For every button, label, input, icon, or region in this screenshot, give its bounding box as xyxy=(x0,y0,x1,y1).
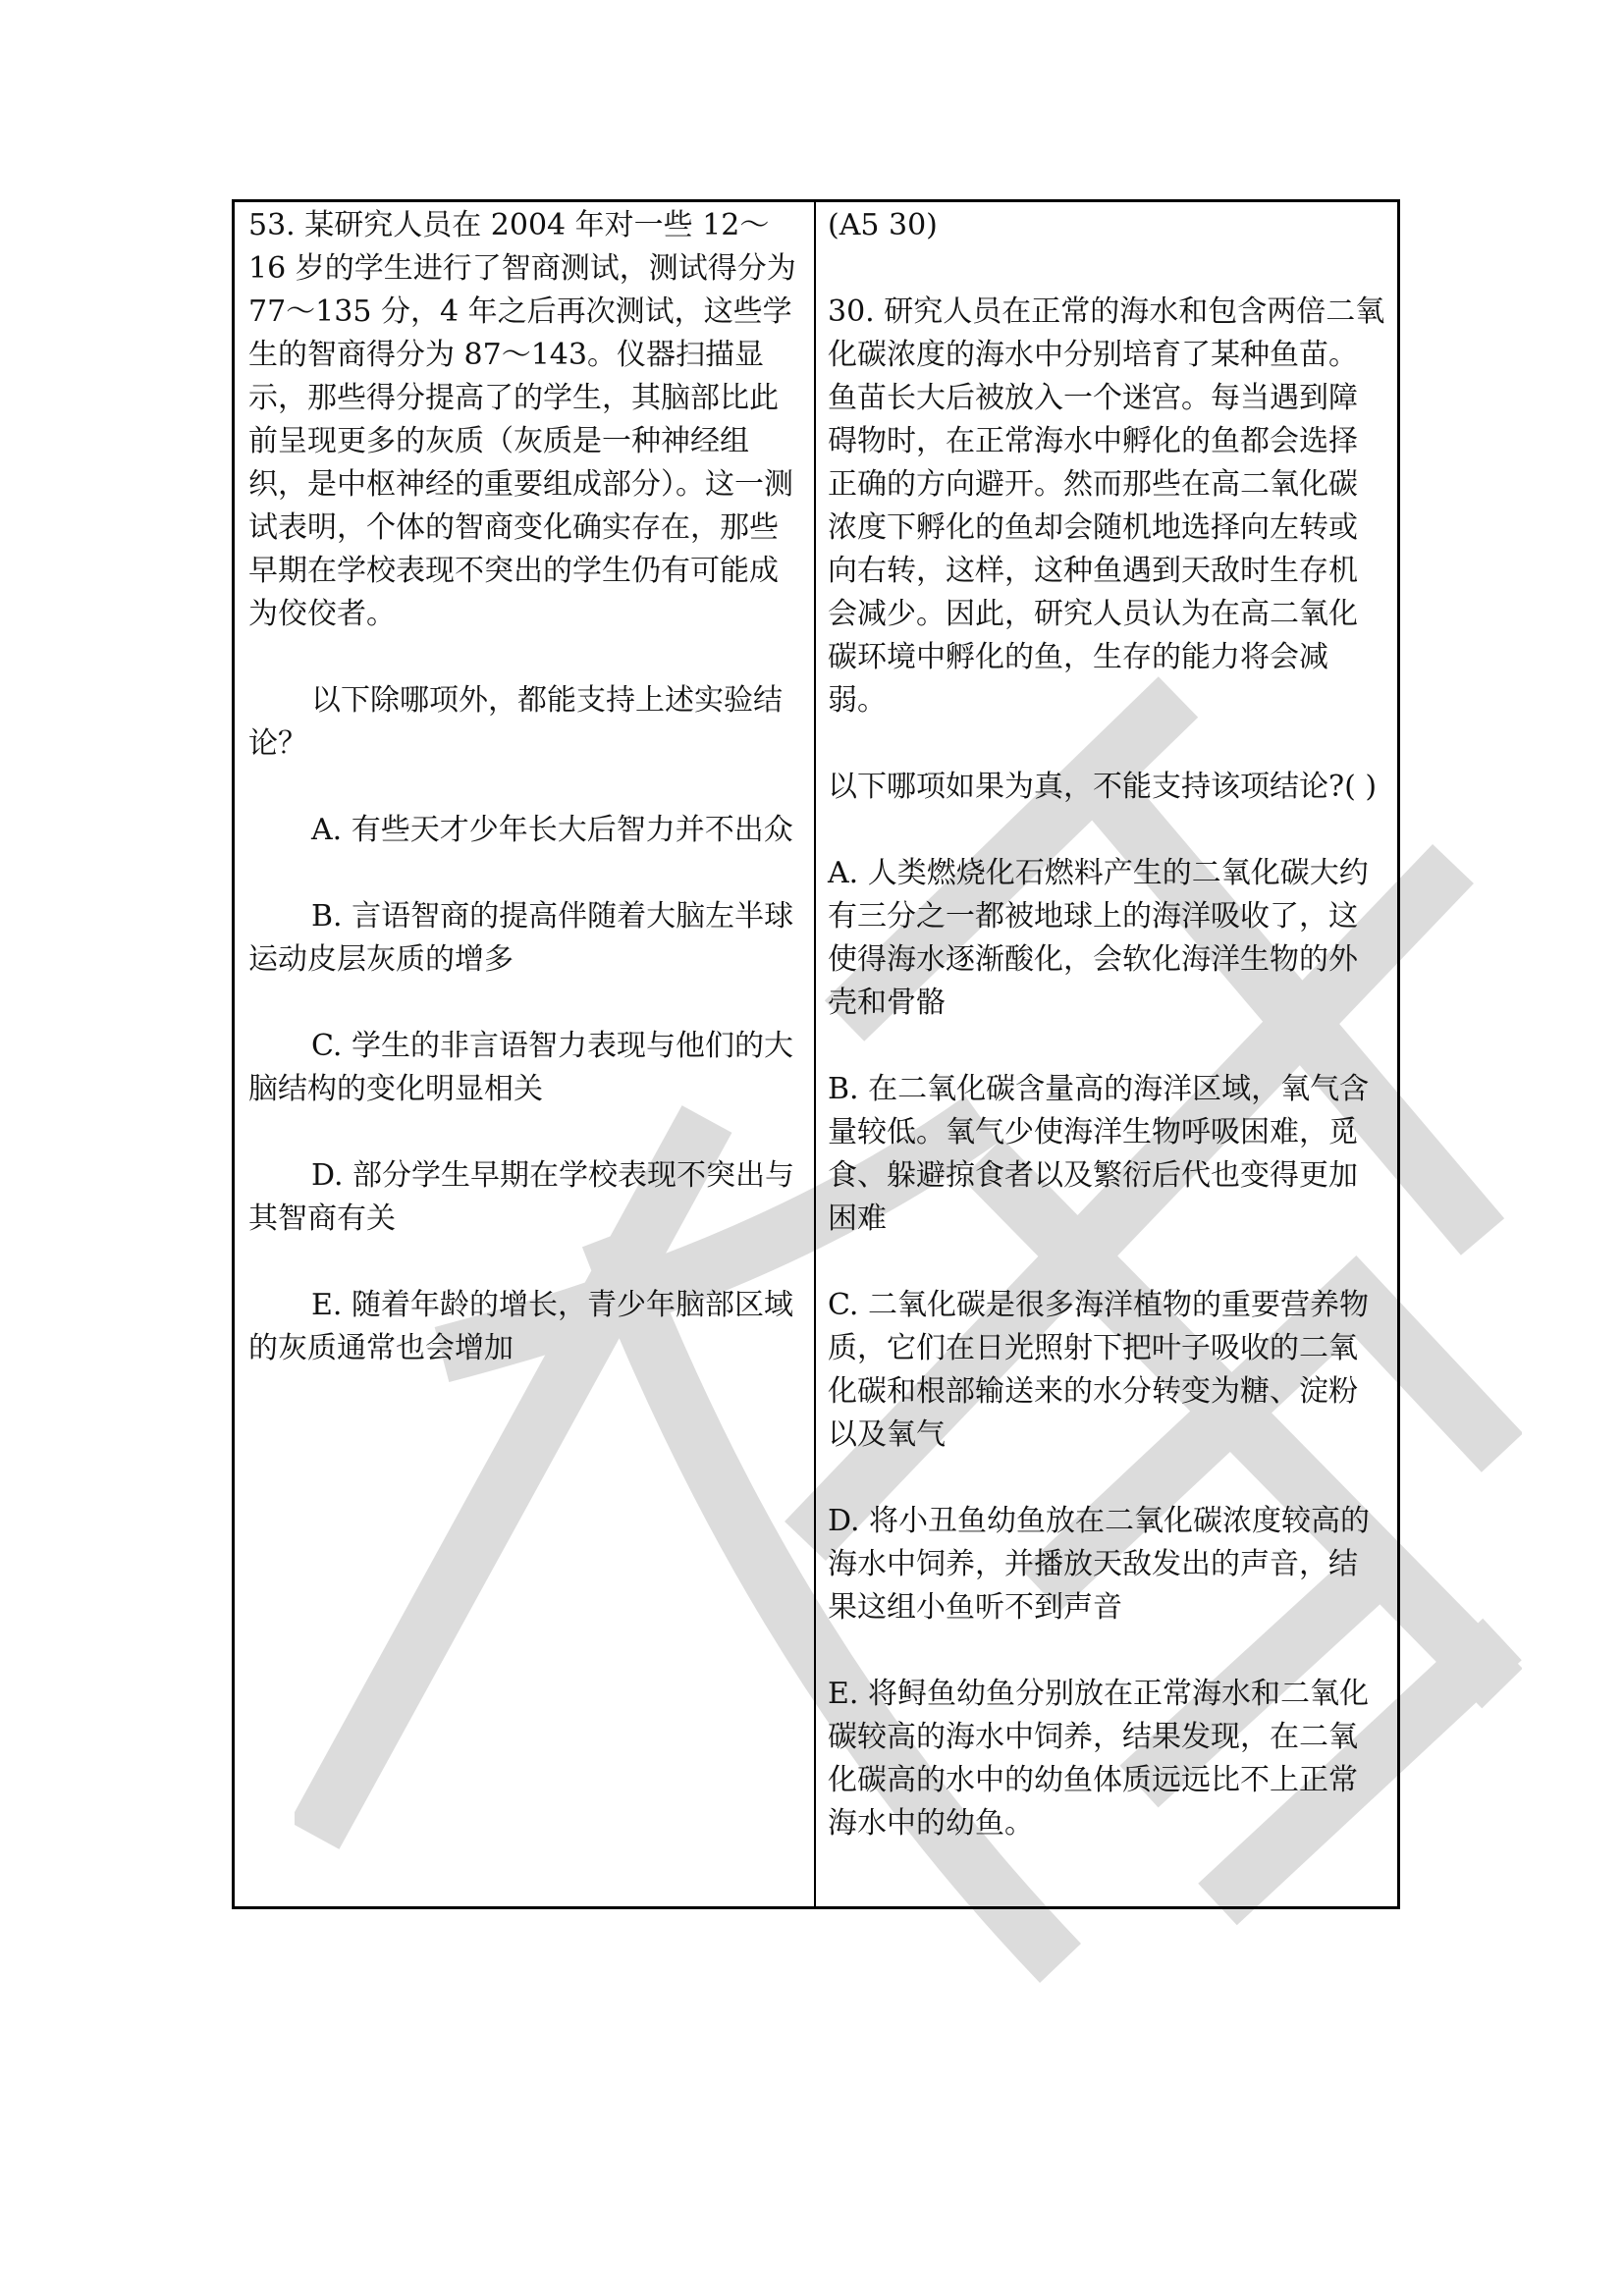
question-30-option-d: D. 将小丑鱼幼鱼放在二氧化碳浓度较高的海水中饲养，并播放天敌发出的声音，结果这… xyxy=(828,1500,1385,1629)
question-30-option-b: B. 在二氧化碳含量高的海洋区域，氧气含量较低。氧气少使海洋生物呼吸困难，觅食、… xyxy=(828,1068,1385,1241)
question-30-prompt: 以下哪项如果为真，不能支持该项结论?( ) xyxy=(828,766,1385,809)
question-53-option-a: A. 有些天才少年长大后智力并不出众 xyxy=(248,809,800,852)
left-question-cell: 53. 某研究人员在 2004 年对一些 12～16 岁的学生进行了智商测试，测… xyxy=(235,202,816,1906)
question-53-stem: 53. 某研究人员在 2004 年对一些 12～16 岁的学生进行了智商测试，测… xyxy=(248,204,800,636)
question-30-option-a: A. 人类燃烧化石燃料产生的二氧化碳大约有三分之一都被地球上的海洋吸收了，这使得… xyxy=(828,852,1385,1025)
question-53-option-c: C. 学生的非言语智力表现与他们的大脑结构的变化明显相关 xyxy=(248,1025,800,1111)
question-30-option-c: C. 二氧化碳是很多海洋植物的重要营养物质，它们在日光照射下把叶子吸收的二氧化碳… xyxy=(828,1284,1385,1457)
source-tag: (A5 30) xyxy=(828,204,1385,247)
question-30-option-e: E. 将鲟鱼幼鱼分别放在正常海水和二氧化碳较高的海水中饲养，结果发现，在二氧化碳… xyxy=(828,1673,1385,1845)
question-53-option-b: B. 言语智商的提高伴随着大脑左半球运动皮层灰质的增多 xyxy=(248,895,800,982)
question-table: 53. 某研究人员在 2004 年对一些 12～16 岁的学生进行了智商测试，测… xyxy=(232,199,1400,1909)
right-question-cell: (A5 30) 30. 研究人员在正常的海水和包含两倍二氧化碳浓度的海水中分别培… xyxy=(816,202,1397,1906)
question-53-option-e: E. 随着年龄的增长，青少年脑部区域的灰质通常也会增加 xyxy=(248,1284,800,1370)
question-53-option-d: D. 部分学生早期在学校表现不突出与其智商有关 xyxy=(248,1154,800,1241)
question-30-stem: 30. 研究人员在正常的海水和包含两倍二氧化碳浓度的海水中分别培育了某种鱼苗。鱼… xyxy=(828,291,1385,722)
question-53-prompt: 以下除哪项外，都能支持上述实验结论？ xyxy=(248,679,800,766)
